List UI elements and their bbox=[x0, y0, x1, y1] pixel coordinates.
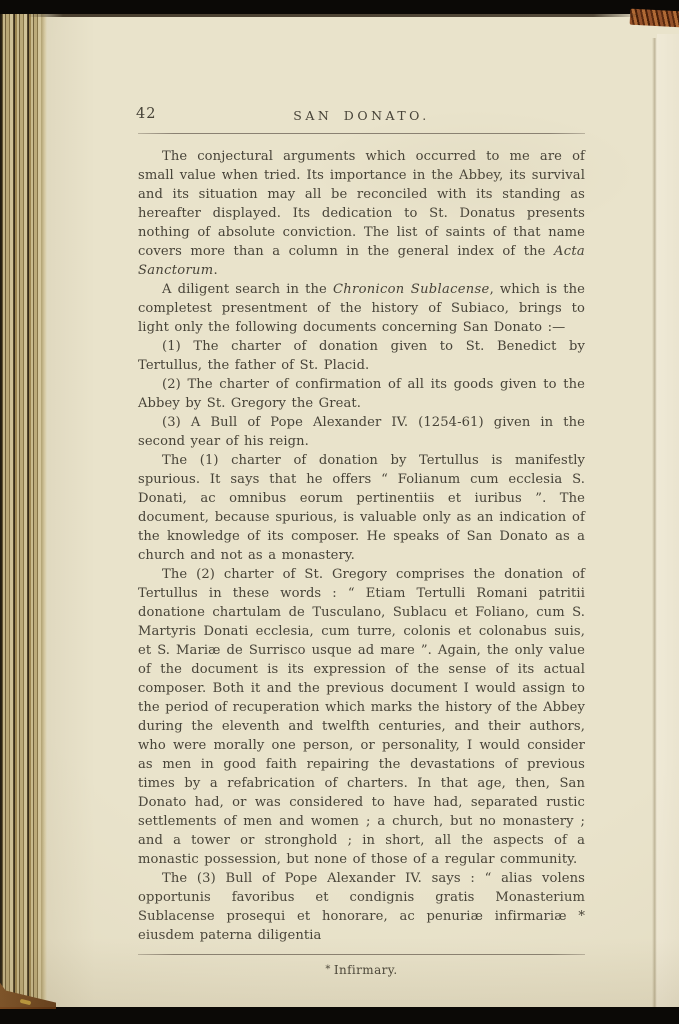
footnote-text: Infirmary. bbox=[334, 963, 398, 977]
page-top-edge bbox=[26, 14, 643, 17]
text-run: The (3) Bull of Pope Alexander IV. says … bbox=[138, 871, 585, 943]
paragraph: (2) The charter of confirmation of all i… bbox=[138, 375, 585, 413]
running-title: SAN DONATO. bbox=[138, 104, 585, 123]
paragraph: The (2) charter of St. Gregory comprises… bbox=[138, 565, 585, 869]
text-run: The (2) charter of St. Gregory comprises… bbox=[138, 567, 585, 867]
page-number: 42 bbox=[136, 106, 156, 122]
text-run: The (1) charter of donation by Tertullus… bbox=[138, 453, 585, 563]
text-run: The conjectural arguments which occurred… bbox=[138, 149, 585, 259]
footnote-rule bbox=[138, 954, 585, 955]
paragraph: (1) The charter of donation given to St.… bbox=[138, 337, 585, 375]
italic-text-run: Chronicon Sublacense bbox=[333, 282, 490, 297]
book-page: 42 SAN DONATO. The conjectural arguments… bbox=[0, 14, 679, 1007]
text-block: 42 SAN DONATO. The conjectural arguments… bbox=[138, 104, 585, 977]
text-run: . bbox=[214, 263, 218, 278]
footnote: *Infirmary. bbox=[138, 963, 585, 977]
paragraph: The conjectural arguments which occurred… bbox=[138, 147, 585, 280]
binding-edge bbox=[630, 9, 679, 28]
paragraph: A diligent search in the Chronicon Subla… bbox=[138, 280, 585, 337]
text-run: (2) The charter of confirmation of all i… bbox=[138, 377, 585, 411]
text-run: A diligent search in the bbox=[162, 282, 333, 297]
running-header: 42 SAN DONATO. bbox=[138, 104, 585, 124]
paragraph: The (1) charter of donation by Tertullus… bbox=[138, 451, 585, 565]
footnote-marker: * bbox=[325, 964, 330, 975]
text-run: (1) The charter of donation given to St.… bbox=[138, 339, 585, 373]
text-run: (3) A Bull of Pope Alexander IV. (1254-6… bbox=[138, 415, 585, 449]
body-paragraphs: The conjectural arguments which occurred… bbox=[138, 147, 585, 945]
page-crease bbox=[652, 38, 657, 1007]
next-leaf-edge bbox=[657, 34, 679, 1007]
header-rule bbox=[138, 133, 585, 134]
paragraph: (3) A Bull of Pope Alexander IV. (1254-6… bbox=[138, 413, 585, 451]
page-edges-stack bbox=[0, 14, 42, 1007]
paragraph: The (3) Bull of Pope Alexander IV. says … bbox=[138, 869, 585, 945]
